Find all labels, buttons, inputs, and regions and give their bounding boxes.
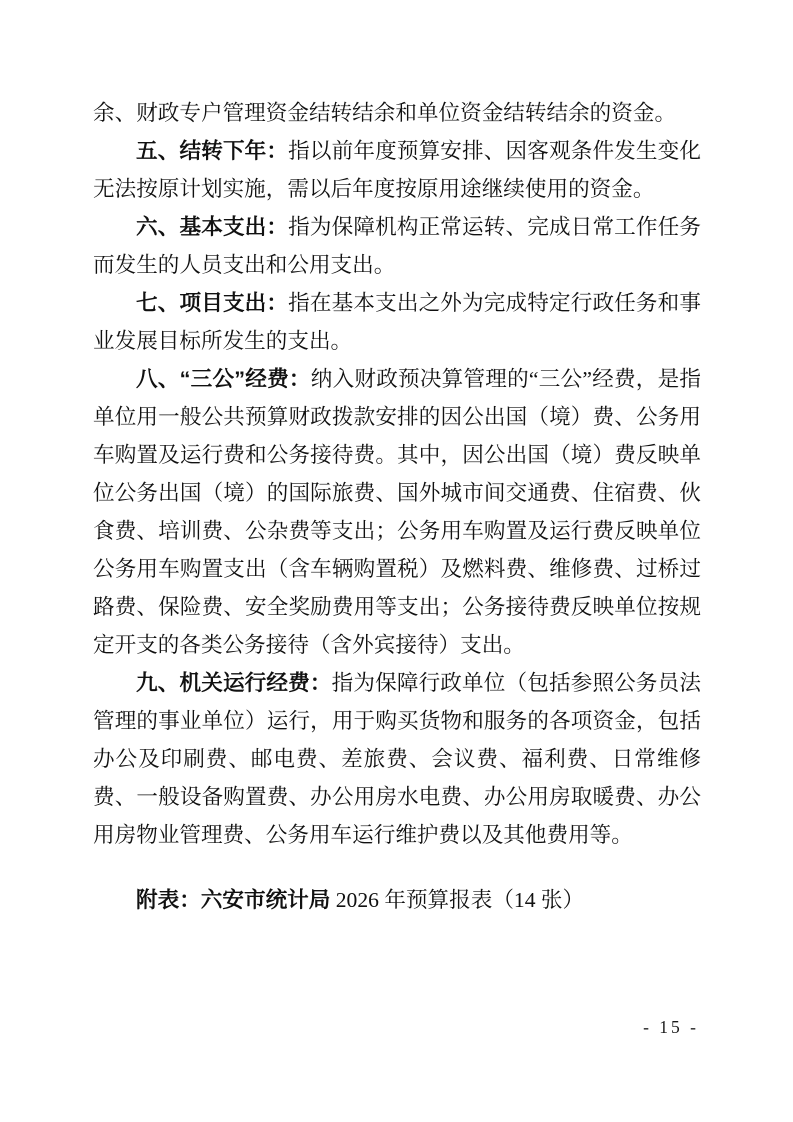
body-paragraph: 六、基本支出：指为保障机构正常运转、完成日常工作任务而发生的人员支出和公用支出。 xyxy=(93,208,701,284)
appendix-line: 附表：六安市统计局 2026 年预算报表（14 张） xyxy=(93,881,701,919)
paragraph-text: 余、财政专户管理资金结转结余和单位资金结转结余的资金。 xyxy=(93,101,676,125)
body-paragraph: 九、机关运行经费：指为保障行政单位（包括参照公务员法管理的事业单位）运行，用于购… xyxy=(93,664,701,854)
paragraph-text: 纳入财政预决算管理的“三公”经费，是指单位用一般公共预算财政拨款安排的因公出国（… xyxy=(93,367,701,657)
body-paragraph: 八、“三公”经费：纳入财政预决算管理的“三公”经费，是指单位用一般公共预算财政拨… xyxy=(93,360,701,664)
body-paragraph: 七、项目支出：指在基本支出之外为完成特定行政任务和事业发展目标所发生的支出。 xyxy=(93,284,701,360)
body-paragraph: 余、财政专户管理资金结转结余和单位资金结转结余的资金。 xyxy=(93,94,701,132)
paragraph-lead: 五、结转下年： xyxy=(136,138,288,163)
document-page: 余、财政专户管理资金结转结余和单位资金结转结余的资金。 五、结转下年：指以前年度… xyxy=(0,0,793,1122)
paragraph-lead: 九、机关运行经费： xyxy=(136,670,332,695)
paragraph-lead: 八、“三公”经费： xyxy=(136,366,311,391)
paragraph-lead: 六、基本支出： xyxy=(136,214,288,239)
appendix-text: 2026 年预算报表（14 张） xyxy=(330,888,584,912)
appendix-label: 附表：六安市统计局 xyxy=(136,887,330,912)
body-paragraph: 五、结转下年：指以前年度预算安排、因客观条件发生变化无法按原计划实施，需以后年度… xyxy=(93,132,701,208)
document-body: 余、财政专户管理资金结转结余和单位资金结转结余的资金。 五、结转下年：指以前年度… xyxy=(93,94,701,854)
paragraph-lead: 七、项目支出： xyxy=(136,290,288,315)
paragraph-text: 指为保障行政单位（包括参照公务员法管理的事业单位）运行，用于购买货物和服务的各项… xyxy=(93,671,701,847)
page-number: - 15 - xyxy=(643,1017,699,1038)
